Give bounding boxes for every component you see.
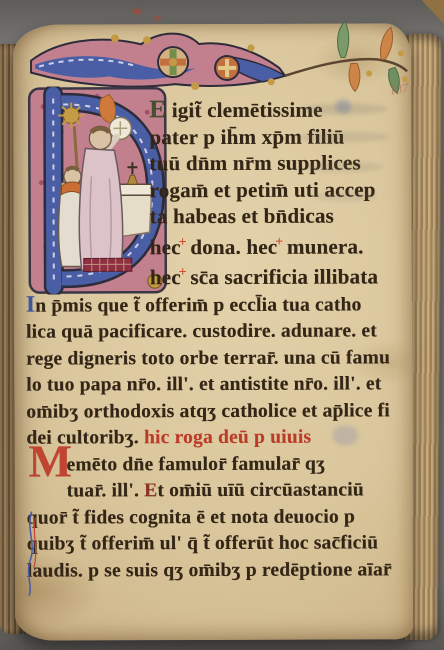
- binding-corner: [414, 0, 444, 24]
- manuscript-line: om̄ibʒ orthodoxis atqʒ catholice et ap̄l…: [26, 398, 420, 426]
- manuscript-line: In p̄mis que t̃ offerim̄ p eccl̄ia tua c…: [26, 290, 420, 320]
- manuscript-line: quor̄ t̃ fides cognita ē et nota deuocio…: [27, 504, 421, 532]
- manuscript-photo: M E igit̃ clemētissimepater p ih̄m xp̄m …: [0, 0, 444, 650]
- manuscript-line: hec+ dona. hec+ munera.: [26, 229, 420, 261]
- folio-number: 187: [388, 80, 410, 99]
- blue-smudge: [335, 100, 351, 114]
- manuscript-line: rege digneris toto orbe terrar̄. una cū …: [26, 345, 420, 373]
- dropcap-memento: M: [28, 438, 72, 484]
- parchment-page: M E igit̃ clemētissimepater p ih̄m xp̄m …: [13, 23, 413, 640]
- leaf-green-up: [337, 22, 348, 58]
- manuscript-line: lica quā pacificare. custodire. adunare.…: [26, 318, 420, 346]
- manuscript-line: tuar̄. ill'. Et om̄iū uīū circūastanciū: [27, 477, 421, 505]
- manuscript-line: hec+ sc̄a sacrificia illibata: [26, 259, 420, 291]
- manuscript-line: ta habeas et bn̄dicas: [26, 202, 420, 230]
- leaf-orange-up: [380, 27, 392, 59]
- manuscript-line: emēto dn̄e famulor̄ famular̄ qʒ: [26, 451, 420, 479]
- blue-smudge: [332, 425, 358, 445]
- penwork-flourish: [23, 510, 41, 598]
- manuscript-line: lo tuo papa nr̄o. ill'. et antistite nr̄…: [26, 371, 420, 399]
- red-speck: [132, 9, 142, 14]
- manuscript-line: laudis. p se suis qʒ om̄ibʒ p redēptione…: [27, 557, 421, 585]
- manuscript-line: quibʒ t̃ offerim̄ ul' q̄ t̃ offerūt hoc …: [27, 530, 421, 558]
- manuscript-line: dei cultoribʒ. hic roga deū p uiuis: [26, 424, 420, 452]
- leaf-orange-bud: [349, 63, 360, 91]
